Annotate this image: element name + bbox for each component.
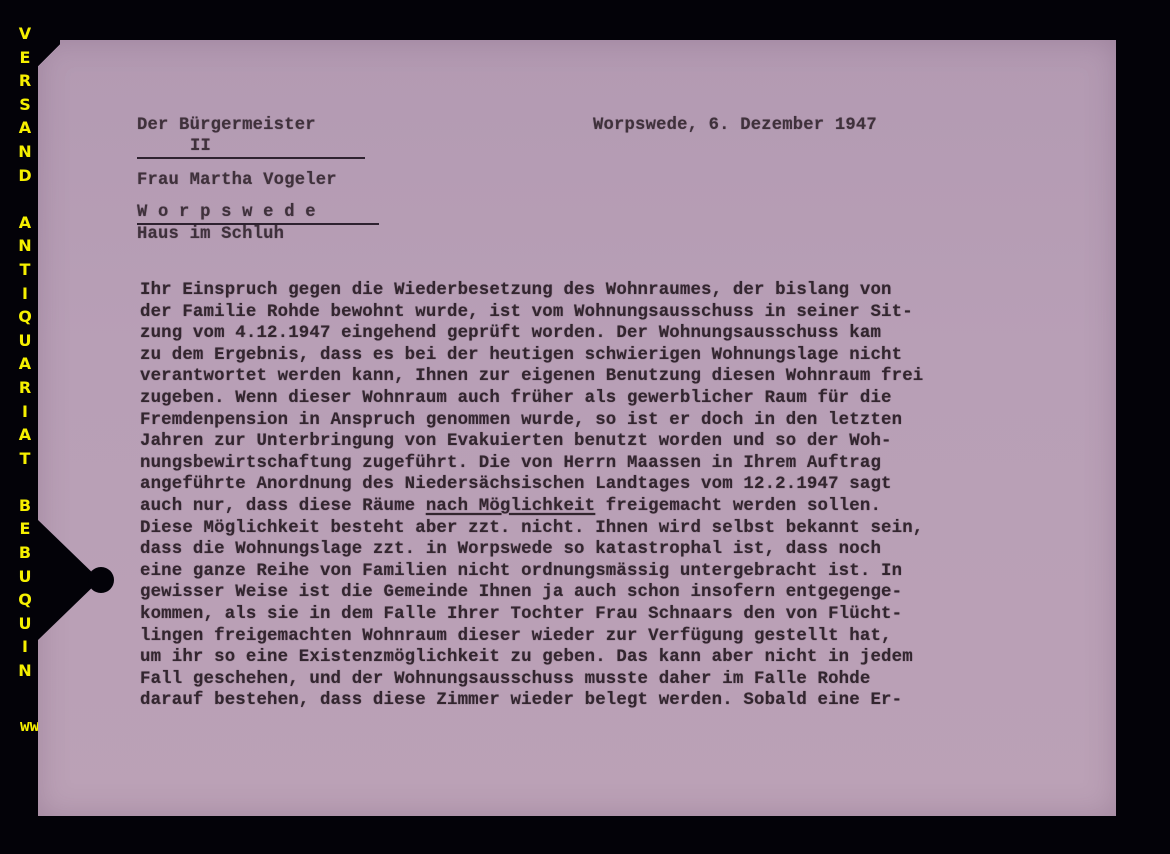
body-line: kommen, als sie in dem Falle Ihrer Tocht… — [140, 604, 923, 626]
watermark-letter: Q — [18, 305, 32, 329]
watermark-letter: I — [22, 635, 28, 659]
recipient-address: Haus im Schluh — [137, 225, 284, 244]
watermark-letter: S — [19, 93, 31, 117]
watermark-letter: I — [22, 400, 28, 424]
watermark-letter: T — [20, 447, 31, 471]
watermark-letter: I — [22, 282, 28, 306]
watermark-vertical: VERSANDANTIQUARIATBEBUQUIN — [14, 22, 36, 683]
watermark-letter: R — [19, 69, 31, 93]
underlined-phrase: nach Möglichkeit — [426, 497, 595, 516]
watermark-letter: A — [19, 211, 31, 235]
watermark-letter: D — [18, 164, 31, 188]
watermark-letter: U — [19, 612, 32, 636]
watermark-letter: N — [18, 140, 31, 164]
body-line: angeführte Anordnung des Niedersächsisch… — [140, 474, 923, 496]
watermark-letter: U — [19, 329, 32, 353]
sender-underline — [137, 157, 365, 159]
body-line: Jahren zur Unterbringung von Evakuierten… — [140, 431, 923, 453]
body-line: verantwortet werden kann, Ihnen zur eige… — [140, 366, 923, 388]
watermark-letter: U — [19, 565, 32, 589]
watermark-letter: V — [19, 22, 31, 46]
sender-line-2: II — [190, 137, 211, 156]
watermark-letter: A — [19, 352, 31, 376]
recipient-town: W o r p s w e d e — [137, 203, 316, 222]
body-line: der Familie Rohde bewohnt wurde, ist vom… — [140, 302, 923, 324]
watermark-letter: N — [18, 659, 31, 683]
body-line: nungsbewirtschaftung zugeführt. Die von … — [140, 453, 923, 475]
watermark-letter: E — [20, 46, 31, 70]
watermark-letter: E — [20, 517, 31, 541]
body-line: um ihr so eine Existenzmöglichkeit zu ge… — [140, 647, 923, 669]
body-line: Diese Möglichkeit besteht aber zzt. nich… — [140, 518, 923, 540]
body-line: Fall geschehen, und der Wohnungsausschus… — [140, 669, 923, 691]
body-line: darauf bestehen, dass diese Zimmer wiede… — [140, 690, 923, 712]
body-line: lingen freigemachten Wohnraum dieser wie… — [140, 626, 923, 648]
letter-body: Ihr Einspruch gegen die Wiederbesetzung … — [140, 280, 923, 712]
watermark-letter: A — [19, 116, 31, 140]
body-line: dass die Wohnungslage zzt. in Worpswede … — [140, 539, 923, 561]
watermark-letter: A — [19, 423, 31, 447]
watermark-letter: B — [19, 494, 31, 518]
watermark-letter: N — [18, 234, 31, 258]
watermark-letter: T — [20, 258, 31, 282]
body-line: zugeben. Wenn dieser Wohnraum auch frühe… — [140, 388, 923, 410]
sender-line-1: Der Bürgermeister — [137, 116, 316, 135]
recipient-name: Frau Martha Vogeler — [137, 171, 337, 190]
place-date: Worpswede, 6. Dezember 1947 — [593, 116, 877, 135]
watermark-letter: R — [19, 376, 31, 400]
watermark-letter: Q — [18, 588, 32, 612]
body-line: zung vom 4.12.1947 eingehend geprüft wor… — [140, 323, 923, 345]
punch-hole — [88, 567, 114, 593]
body-line: eine ganze Reihe von Familien nicht ordn… — [140, 561, 923, 583]
body-line: Ihr Einspruch gegen die Wiederbesetzung … — [140, 280, 923, 302]
watermark-letter: B — [19, 541, 31, 565]
body-line: Fremdenpension in Anspruch genommen wurd… — [140, 410, 923, 432]
body-line: gewisser Weise ist die Gemeinde Ihnen ja… — [140, 582, 923, 604]
body-line: auch nur, dass diese Räume nach Möglichk… — [140, 496, 923, 518]
body-line: zu dem Ergebnis, dass es bei der heutige… — [140, 345, 923, 367]
